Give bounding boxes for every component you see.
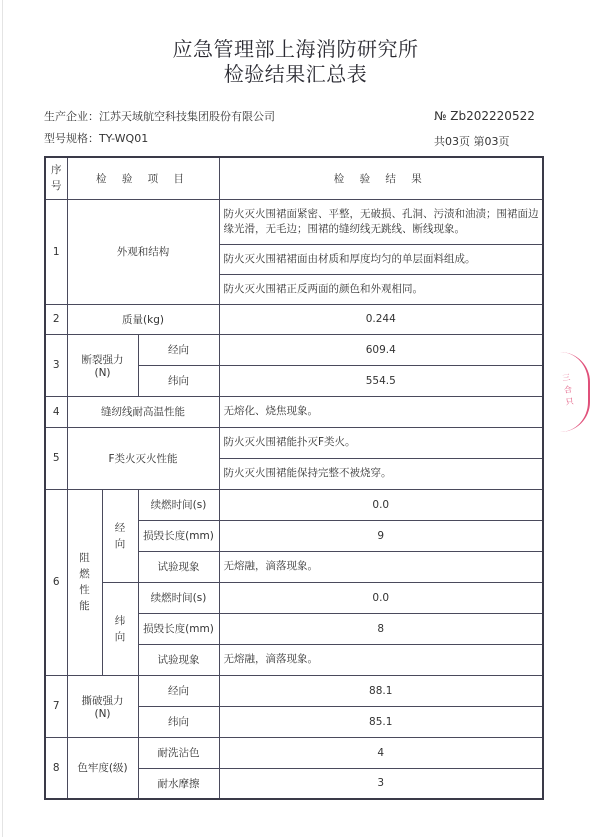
result-cell: 8 [219,613,543,644]
item-cell: 质量(kg) [67,304,219,334]
result-cell: 防火灭火围裙能扑灭F类火。 [219,427,543,458]
item-cell: 色牢度(级) [67,737,138,799]
sub-item-cell: 纬向 [138,365,219,396]
seq-cell: 5 [45,427,67,489]
sub-item-cell: 试验现象 [138,644,219,675]
result-cell: 88.1 [219,675,543,706]
result-cell: 防火灭火围裙能保持完整不被烧穿。 [219,458,543,489]
item-cell: F类火灭火性能 [67,427,219,489]
sub-item-cell: 经向 [138,675,219,706]
table-row: 2 质量(kg) 0.244 [45,304,543,334]
sub-item-cell: 纬向 [138,706,219,737]
result-cell: 85.1 [219,706,543,737]
model-label: 型号规格： [44,132,99,145]
page-edge [2,0,3,837]
header-item: 检 验 项 目 [67,157,219,199]
item-cell: 撕破强力(N) [67,675,138,737]
table-header-row: 序号 检 验 项 目 检 验 结 果 [45,157,543,199]
table-row: 7 撕破强力(N) 经向 88.1 [45,675,543,706]
sub-item-cell: 续燃时间(s) [138,489,219,520]
seq-cell: 3 [45,334,67,396]
direction-cell-warp: 经向 [102,489,138,582]
seq-cell: 6 [45,489,67,675]
manufacturer-label: 生产企业： [44,110,99,123]
header-result: 检 验 结 果 [219,157,543,199]
table-row: 纬向 续燃时间(s) 0.0 [45,582,543,613]
item-cell: 外观和结构 [67,199,219,304]
sub-item-cell: 续燃时间(s) [138,582,219,613]
model-value: TY-WQ01 [99,132,148,145]
result-cell: 0.244 [219,304,543,334]
table-row: 5 F类火灭火性能 防火灭火围裙能扑灭F类火。 [45,427,543,458]
report-number: № Zb202220522 [434,109,535,123]
table-row: 4 缝纫线耐高温性能 无熔化、烧焦现象。 [45,396,543,427]
sub-item-cell: 试验现象 [138,551,219,582]
seq-cell: 7 [45,675,67,737]
sub-item-cell: 损毁长度(mm) [138,520,219,551]
result-cell: 无熔融，滴落现象。 [219,644,543,675]
sub-item-cell: 耐洗沾色 [138,737,219,768]
direction-cell-weft: 纬向 [102,582,138,675]
sub-item-cell: 耐水摩擦 [138,768,219,799]
seq-cell: 8 [45,737,67,799]
item-cell: 缝纫线耐高温性能 [67,396,219,427]
result-cell: 0.0 [219,489,543,520]
manufacturer: 生产企业：江苏天域航空科技集团股份有限公司 [44,108,275,124]
manufacturer-value: 江苏天域航空科技集团股份有限公司 [99,110,275,123]
results-table: 序号 检 验 项 目 检 验 结 果 1 外观和结构 防火灭火围裙面紧密、平整，… [44,156,544,800]
result-cell: 防火灭火围裙面紧密、平整，无破损、孔洞、污渍和油渍；围裙面边缘光滑，无毛边；围裙… [219,199,543,244]
item-cell: 断裂强力(N) [67,334,138,396]
sub-item-cell: 损毁长度(mm) [138,613,219,644]
model-spec: 型号规格：TY-WQ01 [44,130,148,146]
item-cell: 阻燃性能 [67,489,102,675]
document-subtitle: 检验结果汇总表 [0,58,591,87]
result-cell: 9 [219,520,543,551]
result-cell: 554.5 [219,365,543,396]
result-cell: 无熔融，滴落现象。 [219,551,543,582]
seq-cell: 1 [45,199,67,304]
result-cell: 3 [219,768,543,799]
seq-cell: 4 [45,396,67,427]
table-row: 6 阻燃性能 经向 续燃时间(s) 0.0 [45,489,543,520]
result-cell: 防火灭火围裙正反两面的颜色和外观相同。 [219,274,543,304]
sub-item-cell: 经向 [138,334,219,365]
table-row: 3 断裂强力(N) 经向 609.4 [45,334,543,365]
result-cell: 无熔化、烧焦现象。 [219,396,543,427]
table-row: 1 外观和结构 防火灭火围裙面紧密、平整，无破损、孔洞、污渍和油渍；围裙面边缘光… [45,199,543,244]
header-seq: 序号 [45,157,67,199]
result-cell: 609.4 [219,334,543,365]
seq-cell: 2 [45,304,67,334]
page-count: 共03页 第03页 [434,133,510,149]
result-cell: 4 [219,737,543,768]
result-cell: 0.0 [219,582,543,613]
result-cell: 防火灭火围裙裙面由材质和厚度均匀的单层面料组成。 [219,244,543,274]
table-row: 8 色牢度(级) 耐洗沾色 4 [45,737,543,768]
